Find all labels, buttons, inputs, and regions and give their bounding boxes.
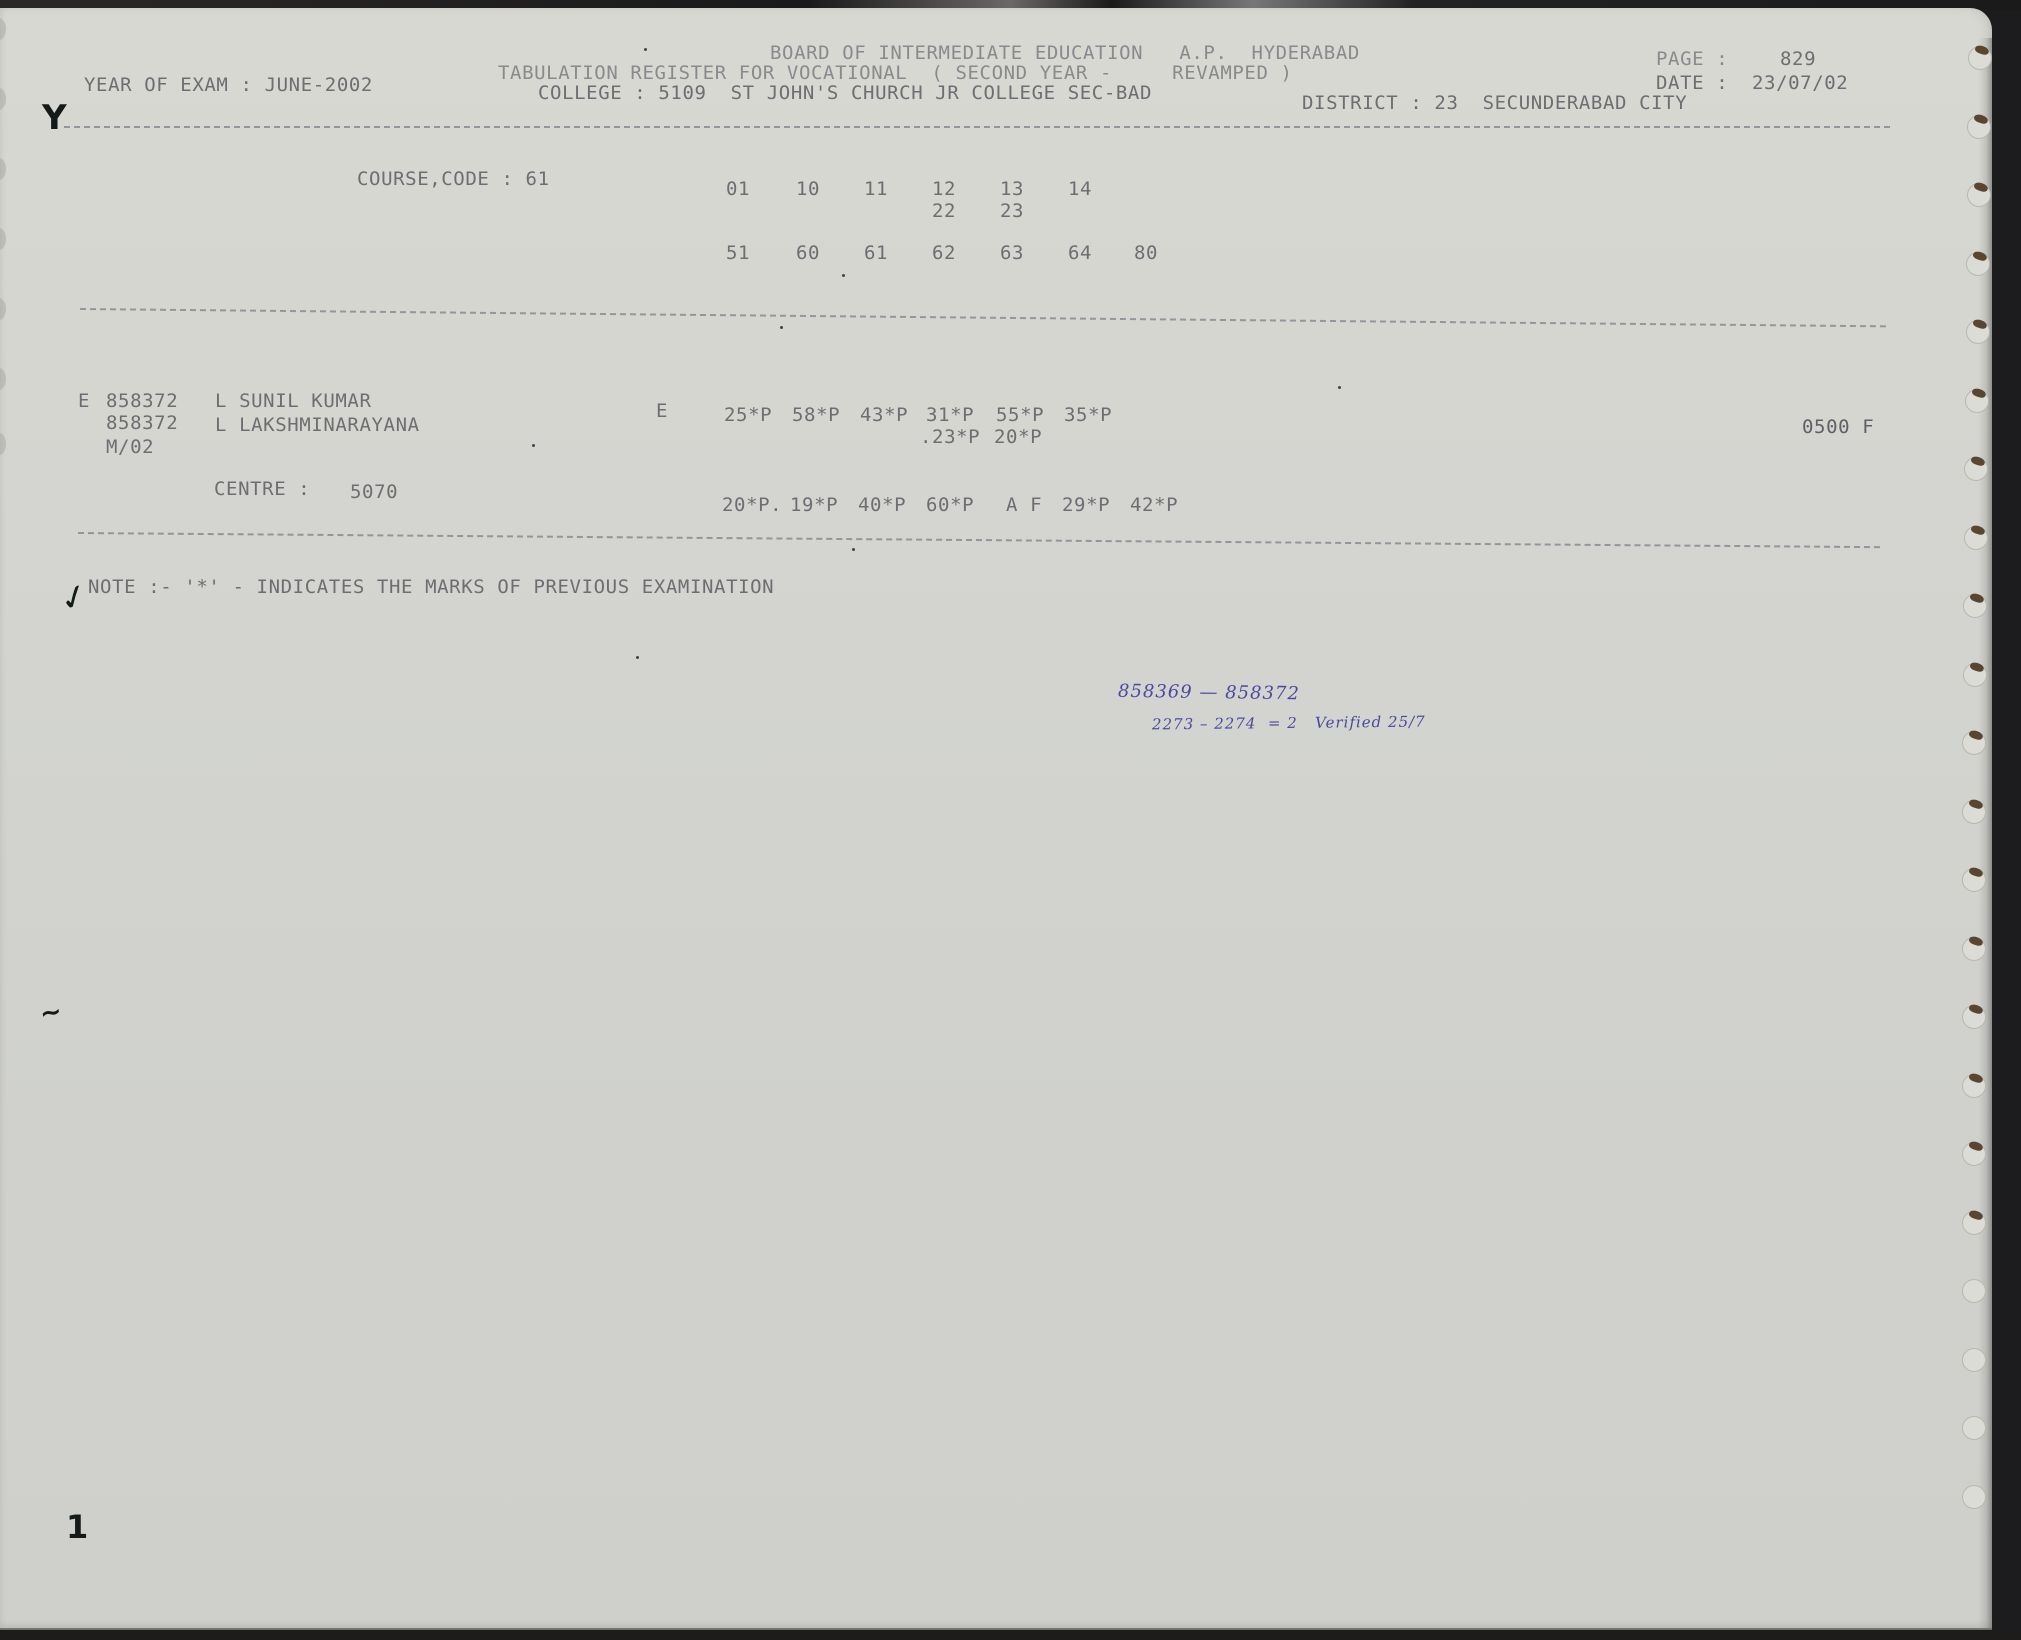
cell: 10 (796, 178, 820, 200)
speck (780, 326, 783, 329)
sprocket-hole (1964, 526, 1988, 550)
sprocket-hole (1962, 1485, 1986, 1509)
speck (532, 444, 535, 447)
sprocket-hole (1962, 731, 1986, 755)
cell: 80 (1134, 242, 1158, 264)
page-label: PAGE : (1656, 48, 1728, 70)
cell: 31*P (926, 404, 974, 426)
candidate-name: L SUNIL KUMAR (215, 390, 372, 412)
registration-number: 858372 (106, 412, 178, 434)
cell: 58*P (792, 404, 840, 426)
sprocket-hole (1967, 115, 1991, 139)
cell: 63 (1000, 242, 1024, 264)
cell: .23*P (920, 426, 980, 448)
cell: 23 (1000, 200, 1024, 222)
cell: 55*P (996, 404, 1044, 426)
cell: 19*P (790, 494, 838, 516)
cell: 43*P (860, 404, 908, 426)
cell: 20*P (994, 426, 1042, 448)
sprocket-hole (1962, 937, 1986, 961)
cell: A F (1006, 494, 1042, 516)
sprocket-hole (1962, 800, 1986, 824)
board-title: BOARD OF INTERMEDIATE EDUCATION A.P. HYD… (770, 42, 1360, 64)
year-of-exam: YEAR OF EXAM : JUNE-2002 (84, 74, 373, 96)
sprocket-hole (1962, 1142, 1986, 1166)
college-info: COLLEGE : 5109 ST JOHN'S CHURCH JR COLLE… (538, 82, 1152, 104)
centre-number: 5070 (350, 481, 398, 503)
centre-label: CENTRE : (214, 478, 310, 500)
binding-hole (0, 368, 6, 390)
medium: E (656, 400, 668, 422)
tabulation-register-sheet: BOARD OF INTERMEDIATE EDUCATION A.P. HYD… (0, 8, 1992, 1630)
scan-background-bottom (0, 1628, 2021, 1640)
cell: 13 (1000, 178, 1024, 200)
separator-line (64, 126, 1890, 128)
ink-tick-mark: Y (42, 98, 67, 138)
handwritten-range: 858369 — 858372 (1118, 681, 1300, 705)
sprocket-hole (1968, 46, 1992, 70)
speck (644, 48, 647, 51)
cell: 42*P (1130, 494, 1178, 516)
speck (1338, 386, 1341, 389)
binding-hole (0, 18, 6, 40)
binding-hole (0, 88, 6, 110)
father-name: L LAKSHMINARAYANA (215, 414, 420, 436)
cell: 22 (932, 200, 956, 222)
cell: 62 (932, 242, 956, 264)
sprocket-hole (1962, 1416, 1986, 1440)
sprocket-hole (1962, 1211, 1986, 1235)
sprocket-hole (1966, 320, 1990, 344)
hall-ticket-number: 858372 (106, 390, 178, 412)
separator-line (80, 308, 1886, 327)
total-result: 0500 F (1802, 416, 1874, 438)
sprocket-hole (1966, 252, 1990, 276)
binding-hole (0, 298, 6, 320)
register-title: TABULATION REGISTER FOR VOCATIONAL ( SEC… (498, 62, 1293, 84)
cell: 20*P. (722, 494, 782, 516)
district-info: DISTRICT : 23 SECUNDERABAD CITY (1302, 92, 1687, 114)
cell: 25*P (724, 404, 772, 426)
cell: 61 (864, 242, 888, 264)
ink-mark: ~ (38, 996, 65, 1029)
cell: 60 (796, 242, 820, 264)
cell: 51 (726, 242, 750, 264)
handwritten-verification: 2273 – 2274 = 2 Verified 25/7 (1152, 713, 1426, 734)
sprocket-hole (1962, 1348, 1986, 1372)
paper-edge (1978, 38, 1992, 1628)
sprocket-hole (1962, 1005, 1986, 1029)
separator-line (78, 532, 1880, 548)
cell: 60*P (926, 494, 974, 516)
ink-mark: 1 (66, 1508, 88, 1546)
cell: 01 (726, 178, 750, 200)
sprocket-hole (1962, 1074, 1986, 1098)
candidate-prefix: E (78, 390, 90, 412)
sprocket-hole (1963, 663, 1987, 687)
binding-hole (0, 433, 6, 455)
sprocket-hole (1965, 389, 1989, 413)
sprocket-hole (1962, 868, 1986, 892)
date-label: DATE : (1656, 72, 1728, 94)
session: M/02 (106, 436, 154, 458)
speck (842, 274, 845, 277)
cell: 40*P (858, 494, 906, 516)
speck (636, 656, 639, 659)
cell: 11 (864, 178, 888, 200)
binding-hole (0, 158, 6, 180)
sprocket-hole (1963, 594, 1987, 618)
cell: 12 (932, 178, 956, 200)
cell: 14 (1068, 178, 1092, 200)
footnote: NOTE :- '*' - INDICATES THE MARKS OF PRE… (88, 576, 774, 598)
cell: 64 (1068, 242, 1092, 264)
binding-hole (0, 228, 6, 250)
speck (852, 548, 855, 551)
page-number: 829 (1780, 48, 1816, 70)
cell: 35*P (1064, 404, 1112, 426)
sprocket-hole (1967, 183, 1991, 207)
date-value: 23/07/02 (1752, 72, 1848, 94)
course-code: COURSE,CODE : 61 (357, 168, 550, 190)
cell: 29*P (1062, 494, 1110, 516)
sprocket-hole (1962, 1279, 1986, 1303)
